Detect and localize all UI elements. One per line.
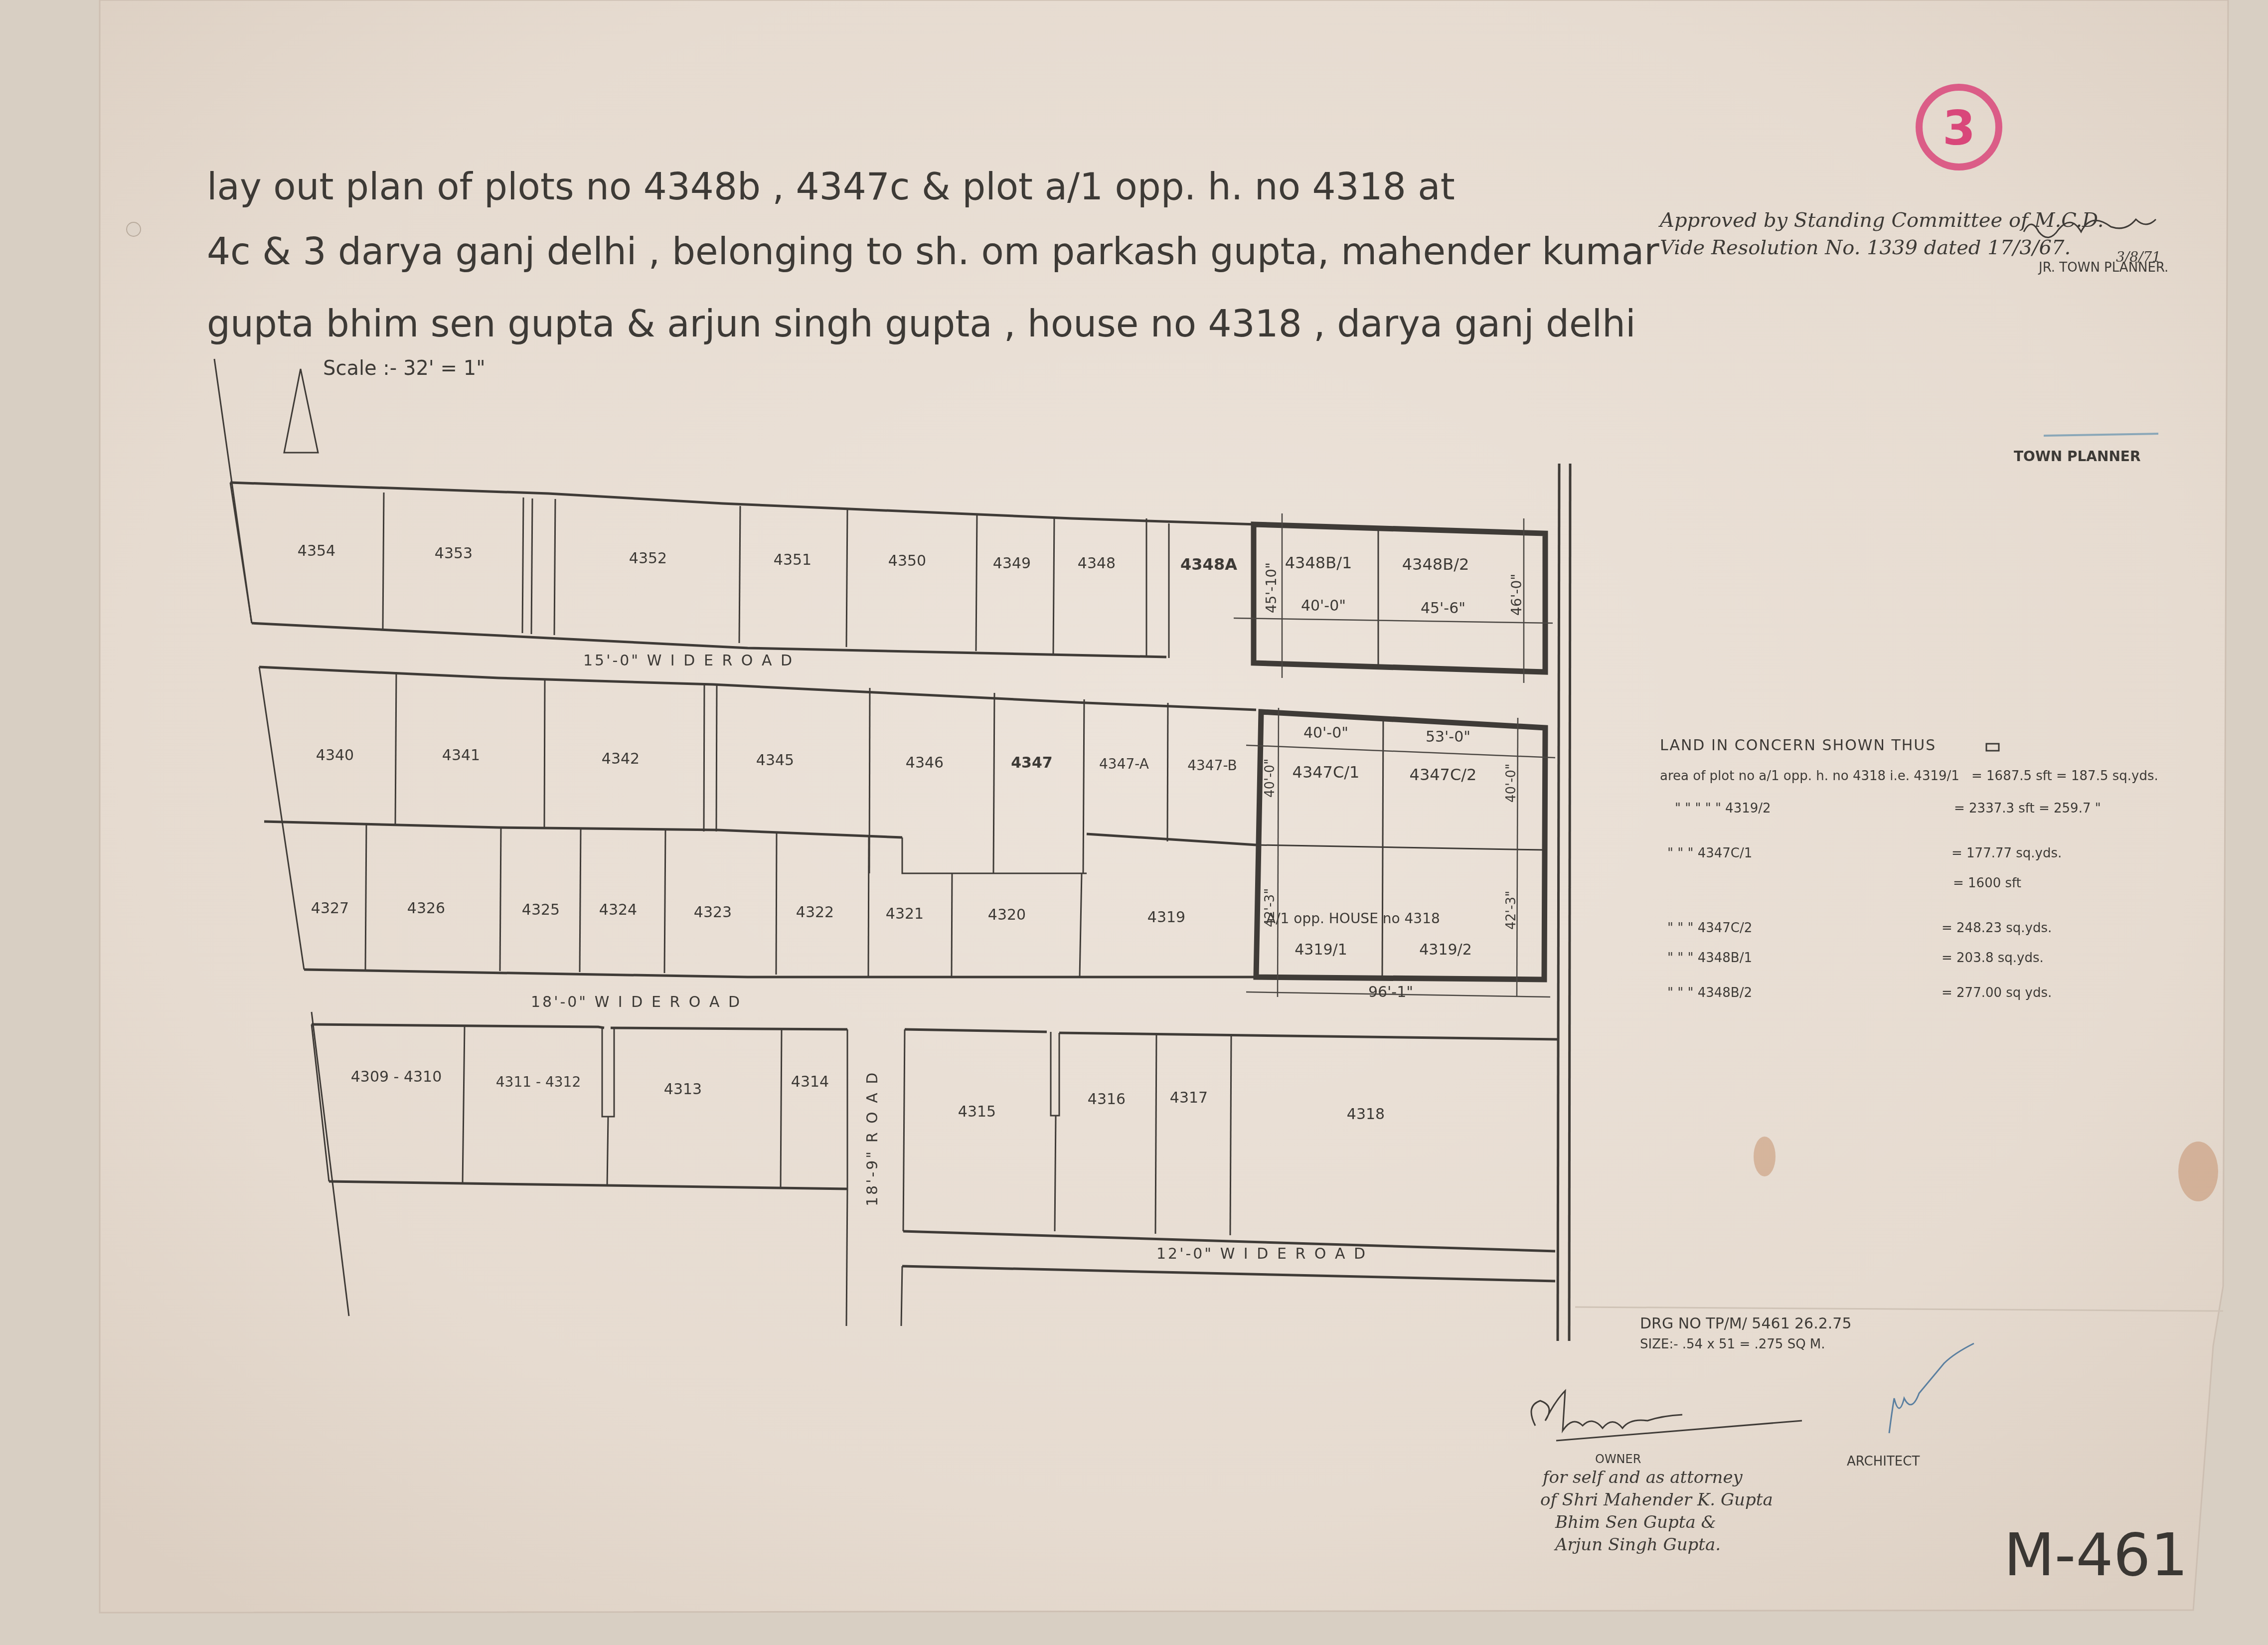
scanned-drawing-sheet: lay out plan of plots no 4348b , 4347c &… (0, 0, 2268, 1645)
plot-label: 4348A (1180, 555, 1237, 574)
plot-label: 4313 (664, 1081, 702, 1098)
dim-b2-width: 45'-6" (1421, 600, 1465, 617)
plot-label: 4323 (694, 904, 732, 921)
legend-area-row-prefix: " " " 4348B/2 (1667, 986, 1752, 1000)
a1-plot-label: A/1 opp. HOUSE no 4318 (1266, 910, 1440, 927)
road-12ft-label: 12'-0" W I D E R O A D (1156, 1245, 1367, 1263)
plot-label: 4347C/1 (1293, 763, 1360, 782)
road-18ft-label: 18'-0" W I D E R O A D (531, 993, 742, 1011)
plot-label: 4345 (756, 752, 794, 769)
plot-label: 4320 (988, 906, 1026, 924)
plot-label: 4317 (1170, 1089, 1208, 1107)
drawing-date: 26.2.75 (1794, 1315, 1852, 1332)
title-line-2: 4c & 3 darya ganj delhi , belonging to s… (207, 230, 1659, 273)
dim-b1-width: 40'-0" (1301, 597, 1346, 615)
layout-plan-drawing: lay out plan of plots no 4348b , 4347c &… (0, 0, 2268, 1645)
plot-label: 4353 (435, 545, 473, 562)
plot-label: 4316 (1088, 1091, 1126, 1108)
plot-label: 4315 (958, 1103, 996, 1121)
plot-label: 4319/2 (1419, 941, 1472, 959)
plot-label: 4319 (1147, 909, 1185, 926)
legend-area-row-prefix: " " " 4348B/1 (1667, 951, 1752, 966)
plot-label: 4349 (993, 555, 1031, 572)
road-15ft-label: 15'-0" W I D E R O A D (583, 652, 794, 669)
legend-area-row-value: = 248.23 sq.yds. (1942, 921, 2052, 936)
scale-label: Scale :- 32' = 1" (323, 357, 486, 380)
legend-area-row-prefix: " " " 4347C/1 (1667, 846, 1752, 861)
dim-b-height-left: 45'-10" (1263, 562, 1280, 613)
architect-label: ARCHITECT (1847, 1454, 1920, 1469)
plot-label: 4325 (522, 901, 560, 919)
legend-area-row-value: = 177.77 sq.yds. (1951, 846, 2062, 861)
plot-label: 4348B/1 (1285, 553, 1352, 572)
jr-town-planner-label: JR. TOWN PLANNER. (2038, 260, 2168, 275)
plot-label: 4311 - 4312 (496, 1074, 581, 1090)
dim-c2-width: 53'-0" (1426, 728, 1470, 746)
legend-area-row-prefix: " " " 4347C/2 (1667, 921, 1752, 936)
owner-note-line: of Shri Mahender K. Gupta (1540, 1490, 1773, 1510)
plot-label: 4347 (1011, 754, 1053, 772)
legend-area-row-value: = 1687.5 sft = 187.5 sq.yds. (1971, 769, 2158, 784)
town-planner-label: TOWN PLANNER (2014, 448, 2141, 465)
plot-label: 4348 (1078, 555, 1116, 572)
title-line-3: gupta bhim sen gupta & arjun singh gupta… (207, 303, 1636, 345)
approval-line-2: Vide Resolution No. 1339 dated 17/3/67. (1660, 236, 2071, 259)
legend-area-row-value: = 2337.3 sft = 259.7 " (1954, 801, 2101, 816)
legend-area-row-value: = 277.00 sq yds. (1942, 986, 2052, 1000)
plot-label: 4347C/2 (1410, 765, 1477, 784)
plot-label: 4318 (1347, 1106, 1385, 1123)
dim-c-height-left: 40'-0" (1263, 759, 1278, 798)
dim-total-width: 96'-1" (1368, 984, 1413, 1001)
legend-area-row-prefix: " " " " " 4319/2 (1675, 801, 1771, 816)
rust-stain (2178, 1142, 2218, 1201)
plot-label: 4324 (599, 901, 637, 919)
owner-note-line: Arjun Singh Gupta. (1554, 1535, 1721, 1555)
plot-label: 4319/1 (1295, 941, 1347, 959)
rust-stain (1754, 1137, 1776, 1176)
legend-area-row-prefix: area of plot no a/1 opp. h. no 4318 i.e.… (1660, 769, 1959, 784)
plot-label: 4326 (407, 900, 445, 917)
owner-note-line: Bhim Sen Gupta & (1555, 1512, 1716, 1532)
plot-label: 4340 (316, 747, 354, 764)
plot-label: 4314 (791, 1073, 829, 1091)
dim-b-height-right: 46'-0" (1508, 574, 1525, 616)
owner-label: OWNER (1595, 1452, 1641, 1466)
plot-label: 4351 (774, 551, 811, 569)
plot-label: 4354 (298, 542, 335, 560)
owner-note-line: for self and as attorney (1541, 1468, 1743, 1487)
stamp-number: 3 (1943, 101, 1975, 156)
plot-label: 4347-B (1187, 757, 1237, 774)
plot-label: 4341 (442, 747, 480, 764)
legend-heading: LAND IN CONCERN SHOWN THUS (1660, 737, 1936, 754)
plot-label: 4348B/2 (1402, 555, 1469, 574)
plot-label: 4346 (906, 754, 944, 772)
drawing-number: DRG NO TP/M/ 5461 (1640, 1315, 1790, 1332)
plot-label: 4342 (602, 750, 640, 768)
plot-label: 4322 (796, 904, 834, 921)
drawing-size: SIZE:- .54 x 51 = .275 SQ M. (1640, 1337, 1825, 1352)
plot-label: 4321 (886, 905, 924, 923)
legend-area-row-value: = 203.8 sq.yds. (1942, 951, 2044, 966)
dim-a-height-right: 42'-3" (1504, 891, 1519, 930)
plot-label: 4350 (888, 552, 926, 570)
road-18ft9in-label: 18'-9" R O A D (864, 1071, 881, 1206)
archive-number: M-461 (2004, 1520, 2188, 1589)
plot-label: 4309 - 4310 (351, 1068, 442, 1086)
dim-c1-width: 40'-0" (1303, 724, 1348, 742)
plot-label: 4327 (311, 900, 349, 917)
title-line-1: lay out plan of plots no 4348b , 4347c &… (207, 165, 1455, 208)
plot-label: 4347-A (1099, 756, 1149, 772)
dim-c-height-right: 40'-0" (1504, 764, 1519, 803)
legend-area-row-value: = 1600 sft (1953, 876, 2021, 891)
punch-hole (127, 222, 141, 236)
plot-label: 4352 (629, 550, 667, 567)
